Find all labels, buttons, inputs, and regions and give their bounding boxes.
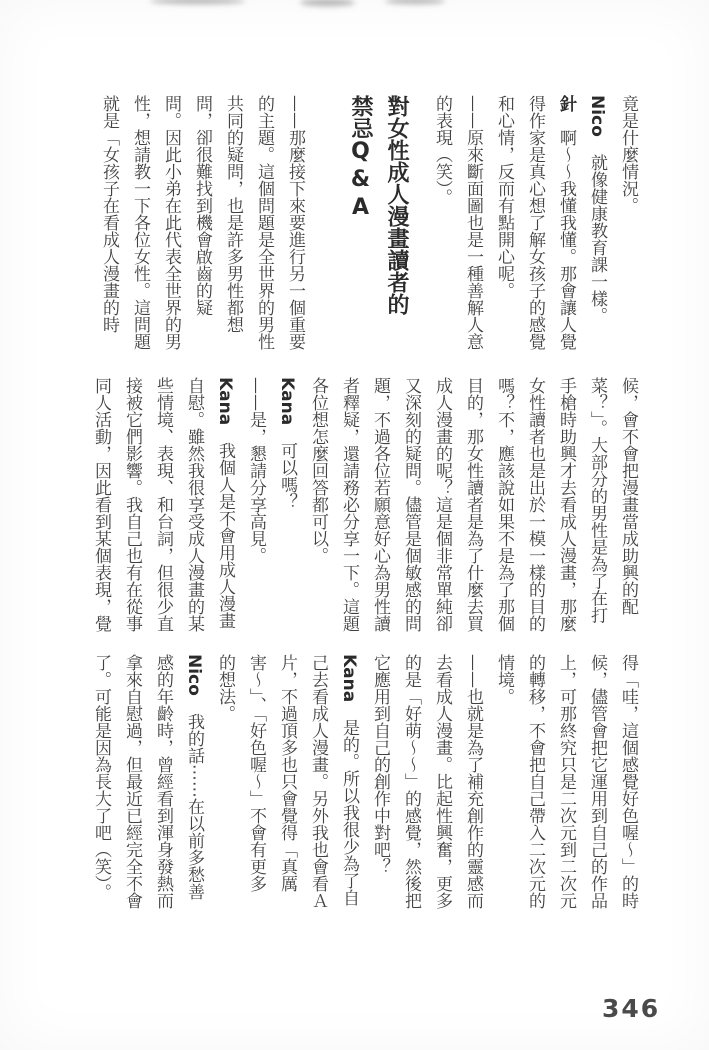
text-column: 和心情，反而有點開心呢。 xyxy=(488,95,519,353)
text-column: 女性讀者也是出於一模一樣的目的 xyxy=(519,377,550,635)
text-column: 得「哇，這個感覺好色喔〜」的時 xyxy=(612,654,643,912)
section-heading-line: 對女性成人漫畫讀者的 xyxy=(378,95,414,353)
text-column: ——也就是為了補充創作的靈感而 xyxy=(457,654,488,912)
text-column: 的表現（笑）。 xyxy=(426,95,457,353)
speaker-name: Kana xyxy=(277,377,297,425)
text-column: ——原來斷面圖也是一種善解人意 xyxy=(457,95,488,353)
text-column: 就是「女孩子在看成人漫畫的時 xyxy=(93,95,124,353)
text-column: 問，卻很難找到機會啟齒的疑 xyxy=(186,95,217,353)
text-column: 的轉移，不會把自己帶入二次元的 xyxy=(519,654,550,912)
text-column: 它應用到自己的創作中對吧？ xyxy=(364,654,395,912)
text-column: 問。因此小弟在此代表全世界的男 xyxy=(155,95,186,353)
text-column: Kana 是的。所以我很少為了自 xyxy=(333,654,364,912)
text-section-top: 竟是什麼情況。Nico 就像健康教育課一樣。針 啊〜〜我懂我懂。那會讓人覺得作家… xyxy=(93,95,643,353)
text-column: 針 啊〜〜我懂我懂。那會讓人覺 xyxy=(550,95,581,353)
text-column: Nico 就像健康教育課一樣。 xyxy=(581,95,612,353)
scan-smudge xyxy=(150,0,245,4)
text-column: 的主題。這個問題是全世界的男性 xyxy=(248,95,279,353)
text-column: 候，會不會把漫畫當成助興的配 xyxy=(612,377,643,635)
text-column: 者釋疑，還請務必分享一下。這題 xyxy=(333,377,364,635)
text-column: 的想法。 xyxy=(209,654,240,912)
text-column: 感的年齡時，曾經看到渾身發熱而 xyxy=(147,654,178,912)
speaker-name: 針 xyxy=(556,95,576,112)
text-column: 自慰。雖然我很享受成人漫畫的某 xyxy=(178,377,209,635)
qa-upright-text: Q&A xyxy=(348,139,373,223)
text-column: Kana 可以嗎？ xyxy=(271,377,302,635)
speaker-name: Nico xyxy=(184,654,204,696)
text-column: 候，儘管會把它運用到自己的作品 xyxy=(581,654,612,912)
text-column: Kana 我個人是不會用成人漫畫 xyxy=(209,377,240,635)
text-column: 拿來自慰過，但最近已經完全不會 xyxy=(116,654,147,912)
text-column: 共同的疑問，也是許多男性都想 xyxy=(217,95,248,353)
text-column: 的是「好萌〜〜」的感覺，然後把 xyxy=(395,654,426,912)
text-section-bottom: 得「哇，這個感覺好色喔〜」的時候，儘管會把它運用到自己的作品上，可那終究只是二次… xyxy=(85,654,643,912)
text-column: 情境。 xyxy=(488,654,519,912)
text-section-middle: 候，會不會把漫畫當成助興的配菜？」。大部分的男性是為了在打手槍時助興才去看成人漫… xyxy=(85,377,643,635)
text-column: 了。可能是因為長大了吧（笑）。 xyxy=(85,654,116,912)
text-column: 竟是什麼情況。 xyxy=(612,95,643,353)
text-column: ——那麼接下來要進行另一個重要 xyxy=(279,95,310,353)
speaker-name: Kana xyxy=(339,654,359,702)
text-column: 接被它們影響。我自己也有在從事 xyxy=(116,377,147,635)
text-column: 成人漫畫的呢？這是個非常單純卻 xyxy=(426,377,457,635)
text-column: 性，想請教一下各位女性。這問題 xyxy=(124,95,155,353)
text-column: 上，可那終究只是二次元到二次元 xyxy=(550,654,581,912)
scan-smudge xyxy=(385,0,445,4)
section-heading-line: 禁忌Q&A xyxy=(342,95,378,353)
scan-smudge xyxy=(300,0,355,6)
speaker-name: Nico xyxy=(587,95,607,137)
text-column: 同人活動，因此看到某個表現，覺 xyxy=(85,377,116,635)
text-column: 又深刻的疑問。儘管是個敏感的問 xyxy=(395,377,426,635)
text-column: 題，不過各位若願意好心為男性讀 xyxy=(364,377,395,635)
speaker-name: Kana xyxy=(215,377,235,425)
page-number: 346 xyxy=(602,994,660,1023)
text-column: 己去看成人漫畫。另外我也會看Ａ xyxy=(302,654,333,912)
text-column: 片，不過頂多也只會覺得「真厲 xyxy=(271,654,302,912)
text-column: 嗎？不，應該說如果不是為了那個 xyxy=(488,377,519,635)
text-column: 手槍時助興才去看成人漫畫，那麼 xyxy=(550,377,581,635)
text-column: ——是，懇請分享高見。 xyxy=(240,377,271,635)
text-column: 得作家是真心想了解女孩子的感覺 xyxy=(519,95,550,353)
text-column: 去看成人漫畫。比起性興奮，更多 xyxy=(426,654,457,912)
text-column: 菜？」。大部分的男性是為了在打 xyxy=(581,377,612,635)
text-column: 害〜」、「好色喔〜」不會有更多 xyxy=(240,654,271,912)
book-page: 竟是什麼情況。Nico 就像健康教育課一樣。針 啊〜〜我懂我懂。那會讓人覺得作家… xyxy=(0,0,709,1050)
text-column: Nico 我的話⋯⋯在以前多愁善 xyxy=(178,654,209,912)
text-column: 各位想怎麼回答都可以。 xyxy=(302,377,333,635)
text-column: 些情境、表現、和台詞，但很少直 xyxy=(147,377,178,635)
text-column: 目的，那女性讀者是為了什麼去買 xyxy=(457,377,488,635)
